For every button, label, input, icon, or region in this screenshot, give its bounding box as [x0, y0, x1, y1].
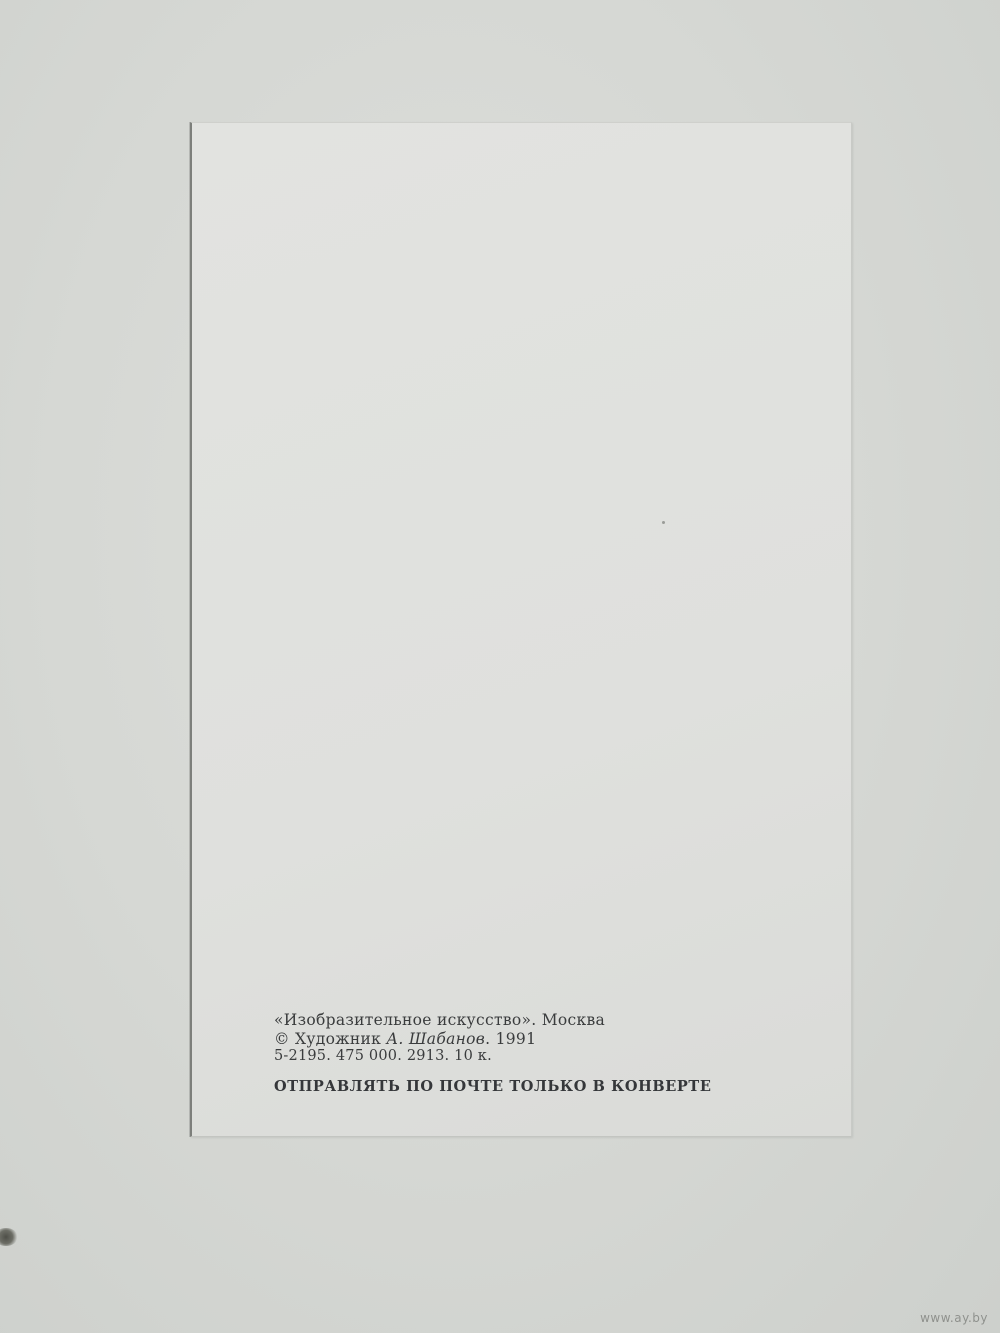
background-debris: [0, 1228, 18, 1246]
postcard-back: «Изобразительное искусство». Москва © Ху…: [190, 122, 852, 1137]
site-watermark: www.ay.by: [920, 1311, 988, 1325]
catalog-line: 5-2195. 475 000. 2913. 10 к.: [274, 1049, 711, 1064]
publisher-line: «Изобразительное искусство». Москва: [274, 1011, 711, 1030]
paper-speck: [662, 521, 665, 524]
artist-prefix: Художник: [295, 1030, 381, 1048]
artist-name: А. Шабанов: [386, 1030, 485, 1048]
publication-year: 1991: [496, 1030, 537, 1048]
publisher-imprint: «Изобразительное искусство». Москва © Ху…: [274, 1011, 711, 1096]
mailing-notice: ОТПРАВЛЯТЬ ПО ПОЧТЕ ТОЛЬКО В КОНВЕРТЕ: [274, 1077, 711, 1096]
copyright-symbol: ©: [274, 1030, 290, 1048]
artist-line: © Художник А. Шабанов. 1991: [274, 1030, 711, 1049]
